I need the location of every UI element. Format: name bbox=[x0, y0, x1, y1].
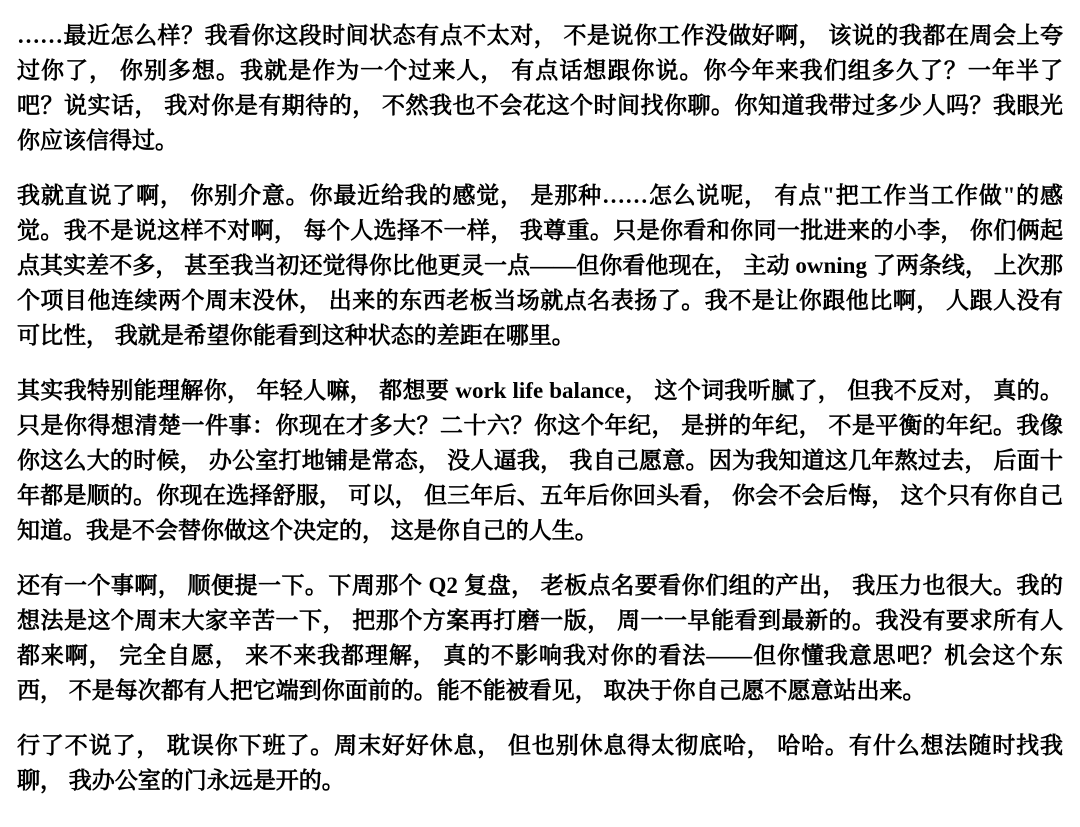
paragraph-3: 其实我特别能理解你， 年轻人嘛， 都想要 work life balance， … bbox=[17, 373, 1063, 548]
paragraph-5: 行了不说了， 耽误你下班了。周末好好休息， 但也别休息得太彻底哈， 哈哈。有什么… bbox=[17, 728, 1063, 798]
article: ……最近怎么样？我看你这段时间状态有点不太对， 不是说你工作没做好啊， 该说的我… bbox=[0, 0, 1080, 798]
paragraph-1: ……最近怎么样？我看你这段时间状态有点不太对， 不是说你工作没做好啊， 该说的我… bbox=[17, 18, 1063, 158]
paragraph-2: 我就直说了啊， 你别介意。你最近给我的感觉， 是那种……怎么说呢， 有点"把工作… bbox=[17, 178, 1063, 353]
paragraph-4: 还有一个事啊， 顺便提一下。下周那个 Q2 复盘， 老板点名要看你们组的产出， … bbox=[17, 568, 1063, 708]
